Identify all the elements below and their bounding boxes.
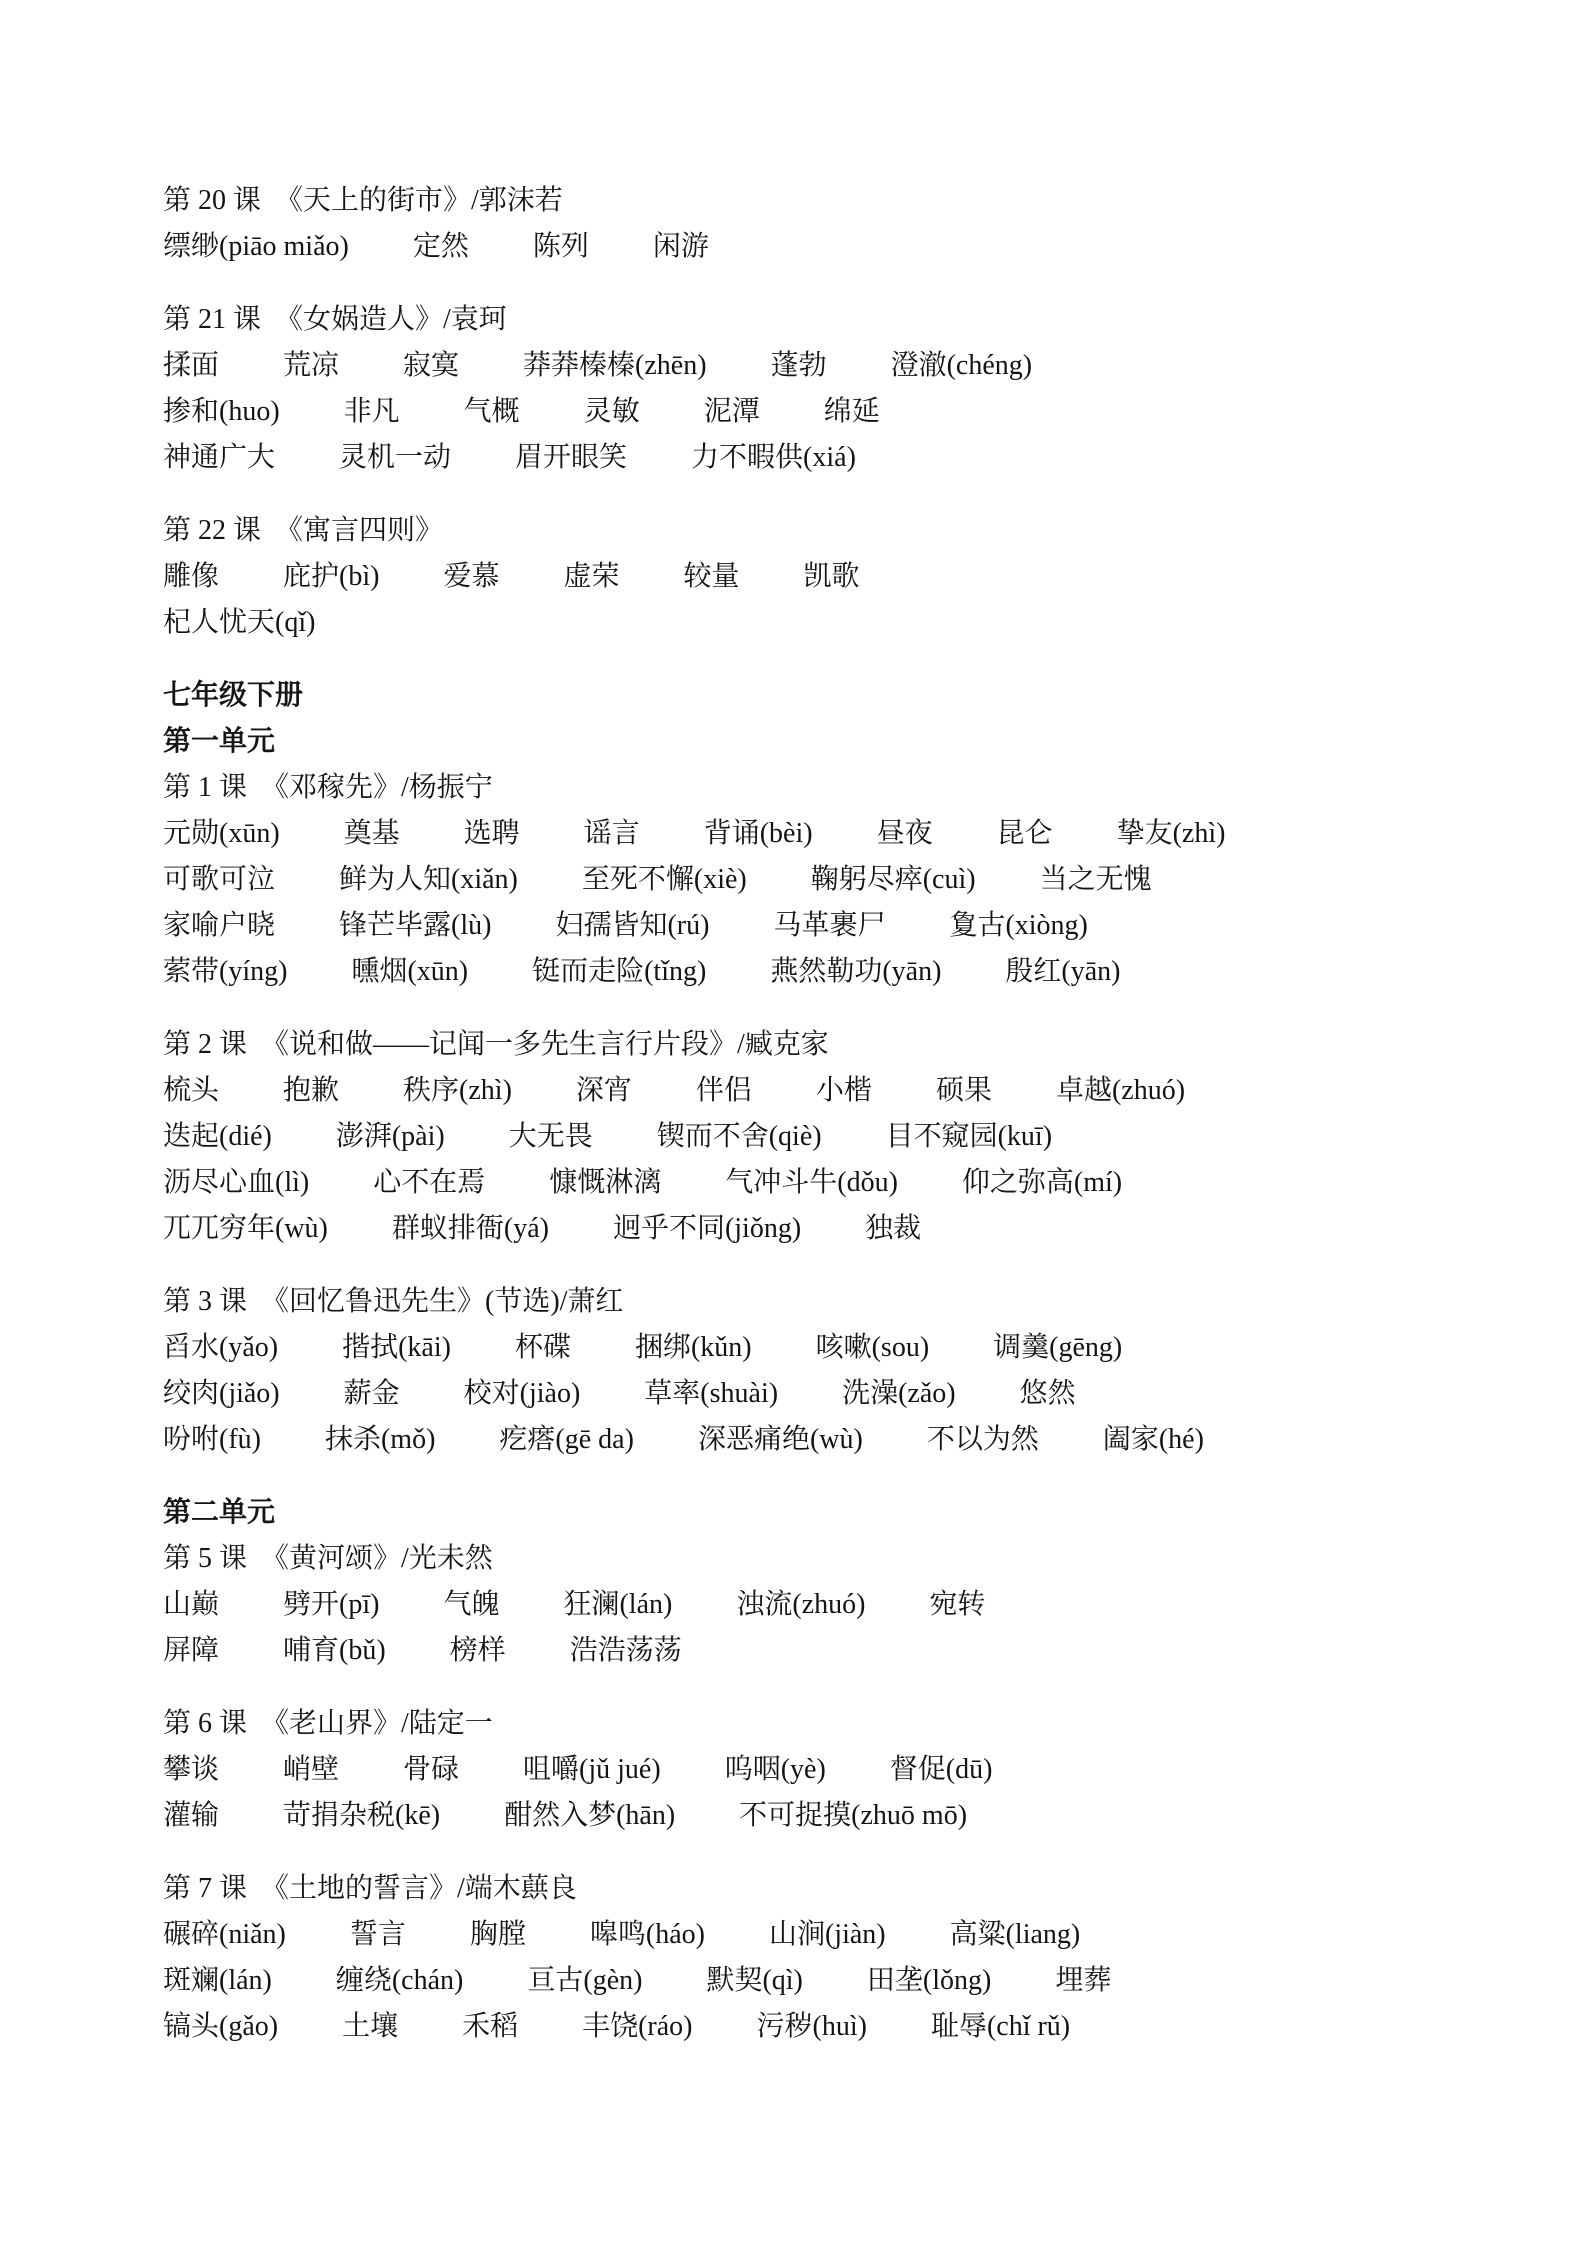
vocab-term: 亘古(gèn) [527, 1958, 642, 2004]
vocab-term: 独裁 [865, 1206, 921, 1252]
vocab-term: 不以为然 [927, 1417, 1039, 1463]
vocab-term: 迭起(dié) [163, 1114, 272, 1160]
vocab-term: 誓言 [350, 1912, 406, 1958]
vocab-term: 咳嗽(sou) [816, 1325, 930, 1371]
vocab-term: 气冲斗牛(dǒu) [725, 1160, 898, 1206]
vocab-term: 狂澜(lán) [563, 1582, 672, 1628]
vocab-line: 镐头(gǎo)土壤禾稻丰饶(ráo)污秽(huì)耻辱(chǐ rǔ) [163, 2004, 1527, 2050]
lesson-heading: 第 22 课 《寓言四则》 [163, 508, 1527, 554]
vocab-term: 蓬勃 [771, 343, 827, 389]
vocab-term: 小楷 [816, 1068, 872, 1114]
vocab-term: 卓越(zhuó) [1056, 1068, 1185, 1114]
vocab-term: 不可捉摸(zhuō mō) [739, 1793, 967, 1839]
vocab-term: 揩拭(kāi) [342, 1325, 451, 1371]
vocab-term: 昆仑 [997, 811, 1053, 857]
vocab-line: 灌输苛捐杂税(kē)酣然入梦(hān)不可捉摸(zhuō mō) [163, 1793, 1527, 1839]
vocab-term: 杯碟 [515, 1325, 571, 1371]
lesson-heading: 第 2 课 《说和做——记闻一多先生言行片段》/臧克家 [163, 1022, 1527, 1068]
vocab-term: 群蚁排衙(yá) [392, 1206, 549, 1252]
vocab-term: 掺和(huo) [163, 389, 280, 435]
vocab-term: 土壤 [342, 2004, 398, 2050]
vocab-line: 兀兀穷年(wù)群蚁排衙(yá)迥乎不同(jiǒng)独裁 [163, 1206, 1527, 1252]
lesson-block: 第 21 课 《女娲造人》/袁珂揉面荒凉寂寞莽莽榛榛(zhēn)蓬勃澄澈(ché… [163, 297, 1527, 481]
vocab-term: 山涧(jiàn) [769, 1912, 886, 1958]
vocab-term: 斑斓(lán) [163, 1958, 272, 2004]
lesson-heading: 第 3 课 《回忆鲁迅先生》(节选)/萧红 [163, 1279, 1527, 1325]
vocab-term: 高粱(liang) [950, 1912, 1081, 1958]
vocab-term: 昼夜 [877, 811, 933, 857]
vocab-term: 秩序(zhì) [403, 1068, 512, 1114]
vocab-term: 妇孺皆知(rú) [555, 903, 709, 949]
vocab-term: 凯歌 [804, 554, 860, 600]
vocab-line: 缥缈(piāo miǎo)定然陈列闲游 [163, 224, 1527, 270]
vocab-term: 校对(jiào) [464, 1371, 581, 1417]
vocab-term: 埋葬 [1055, 1958, 1111, 2004]
vocab-term: 缥缈(piāo miǎo) [163, 224, 349, 270]
lesson-heading: 第 20 课 《天上的街市》/郭沫若 [163, 178, 1527, 224]
vocab-term: 浊流(zhuó) [736, 1582, 865, 1628]
vocab-term: 灵敏 [584, 389, 640, 435]
vocab-term: 目不窥园(kuī) [886, 1114, 1052, 1160]
vocab-term: 疙瘩(gē da) [499, 1417, 634, 1463]
vocab-term: 揉面 [163, 343, 219, 389]
vocab-term: 鞠躬尽瘁(cuì) [811, 857, 976, 903]
lesson-block: 第 2 课 《说和做——记闻一多先生言行片段》/臧克家梳头抱歉秩序(zhì)深宵… [163, 1022, 1527, 1252]
vocab-term: 薪金 [344, 1371, 400, 1417]
vocab-term: 雕像 [163, 554, 219, 600]
vocab-term: 浩浩荡荡 [570, 1628, 682, 1674]
vocab-term: 迥乎不同(jiǒng) [613, 1206, 801, 1252]
vocab-term: 仰之弥高(mí) [962, 1160, 1122, 1206]
vocab-line: 杞人忧天(qǐ) [163, 600, 1527, 646]
vocab-term: 缠绕(chán) [336, 1958, 464, 2004]
unit-heading: 第二单元 [163, 1490, 1527, 1536]
vocab-term: 至死不懈(xiè) [582, 857, 747, 903]
vocab-line: 沥尽心血(lì)心不在焉慷慨淋漓气冲斗牛(dǒu)仰之弥高(mí) [163, 1160, 1527, 1206]
vocab-line: 可歌可泣鲜为人知(xiǎn)至死不懈(xiè)鞠躬尽瘁(cuì)当之无愧 [163, 857, 1527, 903]
vocab-term: 澎湃(pài) [336, 1114, 445, 1160]
vocab-line: 掺和(huo)非凡气概灵敏泥潭绵延 [163, 389, 1527, 435]
vocab-term: 哺育(bǔ) [283, 1628, 386, 1674]
vocab-term: 宛转 [929, 1582, 985, 1628]
vocab-term: 慷慨淋漓 [549, 1160, 661, 1206]
vocab-line: 斑斓(lán)缠绕(chán)亘古(gèn)默契(qì)田垄(lǒng)埋葬 [163, 1958, 1527, 2004]
vocab-term: 大无畏 [509, 1114, 593, 1160]
vocab-term: 田垄(lǒng) [867, 1958, 991, 2004]
vocab-term: 苛捐杂税(kē) [283, 1793, 440, 1839]
vocab-term: 骨碌 [403, 1747, 459, 1793]
vocab-term: 较量 [683, 554, 739, 600]
vocab-term: 燕然勒功(yān) [770, 949, 941, 995]
vocab-term: 杞人忧天(qǐ) [163, 600, 315, 646]
vocab-term: 抹杀(mǒ) [325, 1417, 435, 1463]
vocab-line: 迭起(dié)澎湃(pài)大无畏锲而不舍(qiè)目不窥园(kuī) [163, 1114, 1527, 1160]
vocab-term: 陈列 [533, 224, 589, 270]
vocab-term: 镐头(gǎo) [163, 2004, 278, 2050]
vocab-term: 梳头 [163, 1068, 219, 1114]
vocab-term: 眉开眼笑 [515, 435, 627, 481]
vocab-term: 锲而不舍(qiè) [657, 1114, 822, 1160]
vocab-line: 吩咐(fù)抹杀(mǒ)疙瘩(gē da)深恶痛绝(wù)不以为然阖家(hé) [163, 1417, 1527, 1463]
vocab-term: 灌输 [163, 1793, 219, 1839]
vocab-term: 调羹(gēng) [993, 1325, 1122, 1371]
vocab-term: 铤而走险(tǐng) [532, 949, 706, 995]
vocab-term: 奠基 [344, 811, 400, 857]
vocab-term: 锋芒毕露(lù) [339, 903, 491, 949]
vocab-term: 背诵(bèi) [704, 811, 813, 857]
lesson-block: 第 20 课 《天上的街市》/郭沫若缥缈(piāo miǎo)定然陈列闲游 [163, 178, 1527, 270]
vocab-term: 榜样 [450, 1628, 506, 1674]
vocab-term: 舀水(yǎo) [163, 1325, 278, 1371]
vocab-term: 闲游 [653, 224, 709, 270]
vocab-term: 爱慕 [443, 554, 499, 600]
lesson-heading: 第 5 课 《黄河颂》/光未然 [163, 1536, 1527, 1582]
vocab-term: 当之无愧 [1040, 857, 1152, 903]
vocab-term: 神通广大 [163, 435, 275, 481]
vocab-term: 酣然入梦(hān) [504, 1793, 675, 1839]
vocab-term: 峭壁 [283, 1747, 339, 1793]
vocab-term: 元勋(xūn) [163, 811, 280, 857]
vocab-line: 元勋(xūn)奠基选聘谣言背诵(bèi)昼夜昆仑挚友(zhì) [163, 811, 1527, 857]
vocab-term: 深恶痛绝(wù) [698, 1417, 863, 1463]
vocab-term: 澄澈(chéng) [891, 343, 1033, 389]
lesson-heading: 第 6 课 《老山界》/陆定一 [163, 1701, 1527, 1747]
vocab-term: 禾稻 [462, 2004, 518, 2050]
vocab-line: 碾碎(niǎn)誓言胸膛嗥鸣(háo)山涧(jiàn)高粱(liang) [163, 1912, 1527, 1958]
unit-heading-block: 第一单元 [163, 719, 1527, 765]
vocab-term: 马革裹尸 [773, 903, 885, 949]
vocab-term: 家喻户晓 [163, 903, 275, 949]
vocab-term: 屏障 [163, 1628, 219, 1674]
vocab-term: 气魄 [443, 1582, 499, 1628]
vocab-term: 硕果 [936, 1068, 992, 1114]
vocab-term: 曛烟(xūn) [351, 949, 468, 995]
vocab-term: 耻辱(chǐ rǔ) [931, 2004, 1070, 2050]
vocab-line: 神通广大灵机一动眉开眼笑力不暇供(xiá) [163, 435, 1527, 481]
lesson-block: 第 3 课 《回忆鲁迅先生》(节选)/萧红舀水(yǎo)揩拭(kāi)杯碟捆绑(… [163, 1279, 1527, 1463]
vocab-term: 攀谈 [163, 1747, 219, 1793]
vocab-term: 洗澡(zǎo) [842, 1371, 956, 1417]
unit-heading: 第一单元 [163, 719, 1527, 765]
vocab-term: 草率(shuài) [644, 1371, 778, 1417]
vocab-term: 定然 [413, 224, 469, 270]
vocab-term: 深宵 [576, 1068, 632, 1114]
grade-heading: 七年级下册 [163, 673, 1527, 719]
lesson-block: 第 7 课 《土地的誓言》/端木蕻良碾碎(niǎn)誓言胸膛嗥鸣(háo)山涧(… [163, 1866, 1527, 2050]
vocab-term: 捆绑(kǔn) [635, 1325, 752, 1371]
vocab-line: 梳头抱歉秩序(zhì)深宵伴侣小楷硕果卓越(zhuó) [163, 1068, 1527, 1114]
vocab-term: 荒凉 [283, 343, 339, 389]
vocab-line: 攀谈峭壁骨碌咀嚼(jǔ jué)呜咽(yè)督促(dū) [163, 1747, 1527, 1793]
document-page: 第 20 课 《天上的街市》/郭沫若缥缈(piāo miǎo)定然陈列闲游第 2… [0, 0, 1587, 2245]
vocab-term: 鲜为人知(xiǎn) [339, 857, 518, 903]
vocab-term: 默契(qì) [706, 1958, 802, 2004]
lesson-heading: 第 7 课 《土地的誓言》/端木蕻良 [163, 1866, 1527, 1912]
vocab-term: 沥尽心血(lì) [163, 1160, 309, 1206]
vocab-line: 揉面荒凉寂寞莽莽榛榛(zhēn)蓬勃澄澈(chéng) [163, 343, 1527, 389]
vocab-term: 萦带(yíng) [163, 949, 287, 995]
vocab-term: 心不在焉 [373, 1160, 485, 1206]
vocab-term: 山巅 [163, 1582, 219, 1628]
vocab-term: 伴侣 [696, 1068, 752, 1114]
vocab-line: 家喻户晓锋芒毕露(lù)妇孺皆知(rú)马革裹尸夐古(xiòng) [163, 903, 1527, 949]
vocab-term: 谣言 [584, 811, 640, 857]
lesson-block: 第 1 课 《邓稼先》/杨振宁元勋(xūn)奠基选聘谣言背诵(bèi)昼夜昆仑挚… [163, 765, 1527, 995]
lesson-heading: 第 21 课 《女娲造人》/袁珂 [163, 297, 1527, 343]
grade-heading-block: 七年级下册 [163, 673, 1527, 719]
vocab-term: 劈开(pī) [283, 1582, 379, 1628]
vocab-term: 力不暇供(xiá) [691, 435, 856, 481]
lesson-block: 第 22 课 《寓言四则》雕像庇护(bì)爱慕虚荣较量凯歌杞人忧天(qǐ) [163, 508, 1527, 646]
vocab-term: 殷红(yān) [1005, 949, 1120, 995]
vocab-line: 雕像庇护(bì)爱慕虚荣较量凯歌 [163, 554, 1527, 600]
vocab-line: 舀水(yǎo)揩拭(kāi)杯碟捆绑(kǔn)咳嗽(sou)调羹(gēng) [163, 1325, 1527, 1371]
lesson-block: 第 6 课 《老山界》/陆定一攀谈峭壁骨碌咀嚼(jǔ jué)呜咽(yè)督促(… [163, 1701, 1527, 1839]
lesson-heading: 第 1 课 《邓稼先》/杨振宁 [163, 765, 1527, 811]
vocab-term: 悠然 [1020, 1371, 1076, 1417]
vocab-term: 嗥鸣(háo) [590, 1912, 705, 1958]
vocab-term: 丰饶(ráo) [582, 2004, 692, 2050]
vocab-term: 绵延 [824, 389, 880, 435]
vocab-term: 庇护(bì) [283, 554, 379, 600]
vocab-term: 夐古(xiòng) [949, 903, 1087, 949]
vocab-term: 选聘 [464, 811, 520, 857]
vocab-term: 可歌可泣 [163, 857, 275, 903]
vocab-term: 寂寞 [403, 343, 459, 389]
vocab-term: 非凡 [344, 389, 400, 435]
vocab-term: 碾碎(niǎn) [163, 1912, 286, 1958]
vocab-term: 咀嚼(jǔ jué) [523, 1747, 661, 1793]
vocab-term: 莽莽榛榛(zhēn) [523, 343, 707, 389]
vocab-term: 督促(dū) [890, 1747, 993, 1793]
vocab-term: 挚友(zhì) [1117, 811, 1226, 857]
vocab-term: 绞肉(jiǎo) [163, 1371, 280, 1417]
vocab-term: 兀兀穷年(wù) [163, 1206, 328, 1252]
vocab-term: 虚荣 [563, 554, 619, 600]
lesson-block: 第 5 课 《黄河颂》/光未然山巅劈开(pī)气魄狂澜(lán)浊流(zhuó)… [163, 1536, 1527, 1674]
vocab-term: 气概 [464, 389, 520, 435]
vocab-term: 泥潭 [704, 389, 760, 435]
vocab-line: 绞肉(jiǎo)薪金校对(jiào)草率(shuài)洗澡(zǎo)悠然 [163, 1371, 1527, 1417]
vocab-term: 胸膛 [470, 1912, 526, 1958]
vocab-line: 屏障哺育(bǔ)榜样浩浩荡荡 [163, 1628, 1527, 1674]
vocab-term: 呜咽(yè) [725, 1747, 826, 1793]
vocab-term: 抱歉 [283, 1068, 339, 1114]
unit-heading-block: 第二单元 [163, 1490, 1527, 1536]
vocab-line: 山巅劈开(pī)气魄狂澜(lán)浊流(zhuó)宛转 [163, 1582, 1527, 1628]
vocab-term: 灵机一动 [339, 435, 451, 481]
vocab-line: 萦带(yíng)曛烟(xūn)铤而走险(tǐng)燕然勒功(yān)殷红(yān… [163, 949, 1527, 995]
vocab-term: 吩咐(fù) [163, 1417, 261, 1463]
vocab-term: 阖家(hé) [1103, 1417, 1204, 1463]
vocab-term: 污秽(huì) [757, 2004, 867, 2050]
